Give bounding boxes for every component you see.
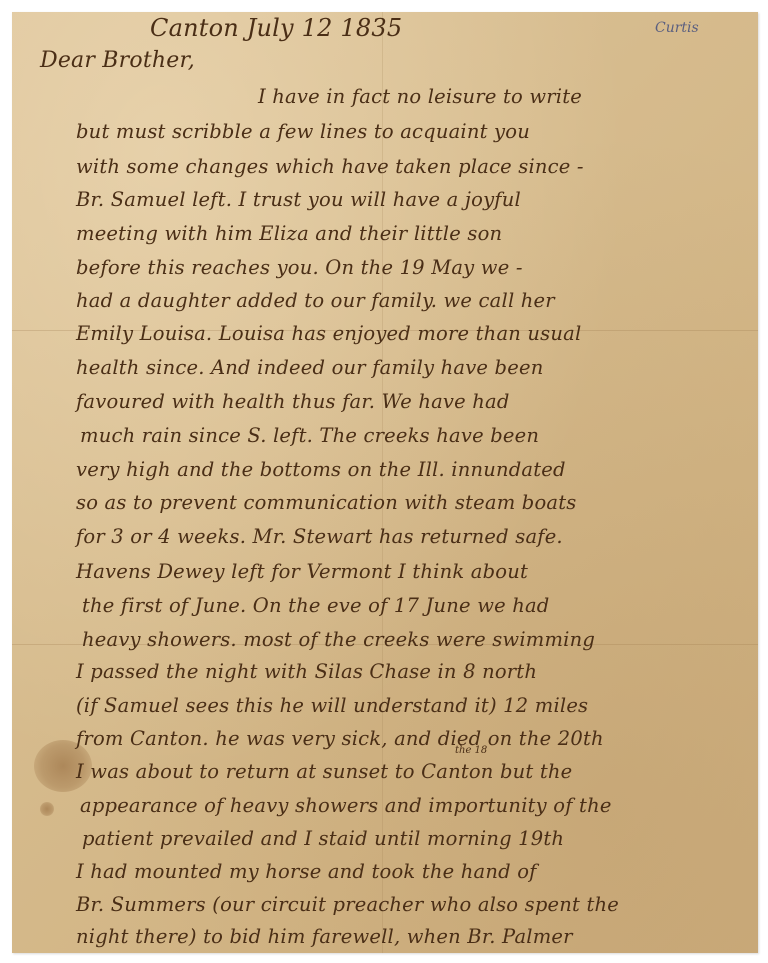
letter-line: night there) to bid him farewell, when B… bbox=[76, 925, 573, 948]
letter-line: much rain since S. left. The creeks have… bbox=[80, 424, 539, 447]
letter-line: so as to prevent communication with stea… bbox=[76, 491, 576, 514]
letter-line: before this reaches you. On the 19 May w… bbox=[76, 256, 523, 279]
letter-line: but must scribble a few lines to acquain… bbox=[76, 120, 530, 143]
letter-line: health since. And indeed our family have… bbox=[76, 356, 543, 379]
letter-line: favoured with health thus far. We have h… bbox=[76, 390, 510, 413]
letter-line: had a daughter added to our family. we c… bbox=[76, 289, 555, 312]
interlinear-insertion: the 18 bbox=[455, 745, 487, 756]
letter-line: I passed the night with Silas Chase in 8… bbox=[76, 660, 537, 683]
letter-line: very high and the bottoms on the Ill. in… bbox=[76, 458, 566, 481]
letter-line: meeting with him Eliza and their little … bbox=[76, 222, 502, 245]
letter-salutation: Dear Brother, bbox=[40, 48, 195, 73]
letter-line: patient prevailed and I staid until morn… bbox=[82, 827, 564, 850]
letter-line: Br. Summers (our circuit preacher who al… bbox=[76, 893, 619, 916]
letter-line: I have in fact no leisure to write bbox=[258, 85, 582, 108]
letter-line: for 3 or 4 weeks. Mr. Stewart has return… bbox=[76, 525, 563, 548]
letter-line: I was about to return at sunset to Canto… bbox=[76, 760, 572, 783]
letter-line: I had mounted my horse and took the hand… bbox=[76, 860, 537, 883]
pencil-annotation: Curtis bbox=[655, 20, 699, 36]
water-stain bbox=[40, 802, 54, 816]
letter-line: heavy showers. most of the creeks were s… bbox=[82, 628, 595, 651]
letter-line: appearance of heavy showers and importun… bbox=[80, 794, 612, 817]
letter-line: Emily Louisa. Louisa has enjoyed more th… bbox=[76, 322, 581, 345]
letter-line: Br. Samuel left. I trust you will have a… bbox=[76, 188, 521, 211]
letter-line: from Canton. he was very sick, and died … bbox=[76, 727, 604, 750]
letter-dateline: Canton July 12 1835 bbox=[150, 14, 402, 42]
letter-line: Havens Dewey left for Vermont I think ab… bbox=[76, 560, 528, 583]
letter-line: with some changes which have taken place… bbox=[76, 155, 584, 178]
letter-line: (if Samuel sees this he will understand … bbox=[76, 694, 588, 717]
letter-line: the first of June. On the eve of 17 June… bbox=[82, 594, 550, 617]
